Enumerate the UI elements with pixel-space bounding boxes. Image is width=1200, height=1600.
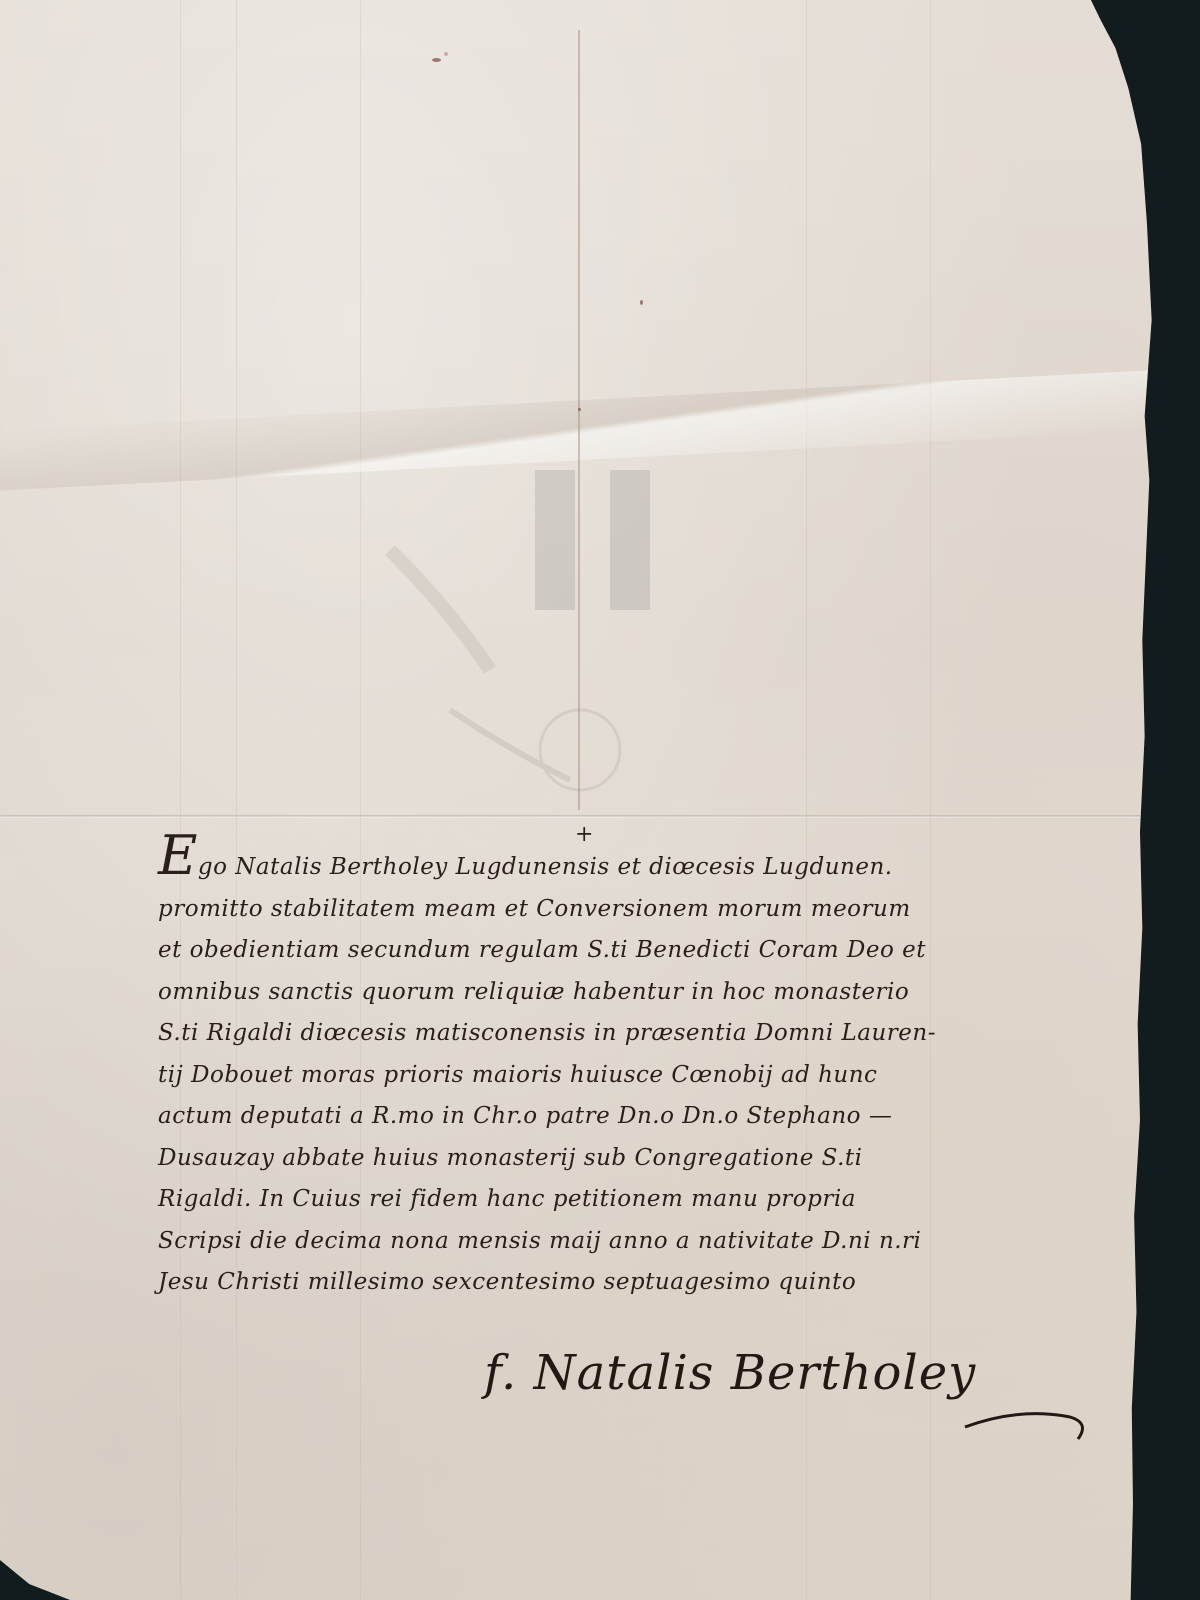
paper-sheet: + Ego Natalis Bertholey Lugdunensis et d… xyxy=(0,0,1168,1600)
text-line: Rigaldi. In Cuius rei fidem hanc petitio… xyxy=(158,1179,1158,1221)
ink-spot xyxy=(444,52,448,56)
signature-flourish-icon xyxy=(960,1405,1090,1445)
text-line: Ego Natalis Bertholey Lugdunensis et diœ… xyxy=(158,835,1158,889)
ink-spot xyxy=(640,300,643,305)
ink-spot xyxy=(578,408,581,411)
profession-text: Ego Natalis Bertholey Lugdunensis et diœ… xyxy=(158,835,1158,1304)
horizontal-fold-line xyxy=(0,815,1140,818)
ink-spot xyxy=(432,58,441,62)
text-line: omnibus sanctis quorum reliquiæ habentur… xyxy=(158,972,1158,1014)
text-line: promitto stabilitatem meam et Conversion… xyxy=(158,889,1158,931)
text-line: S.ti Rigaldi diœcesis matisconensis in p… xyxy=(158,1013,1158,1055)
text-line: tij Dobouet moras prioris maioris huiusc… xyxy=(158,1055,1158,1097)
text-line: et obedientiam secundum regulam S.ti Ben… xyxy=(158,930,1158,972)
text-line: actum deputati a R.mo in Chr.o patre Dn.… xyxy=(158,1096,1158,1138)
paper-chain-line xyxy=(236,0,237,1600)
watermark-icon xyxy=(330,450,730,800)
paper-chain-line xyxy=(360,0,361,1600)
text-line: Dusauzay abbate huius monasterij sub Con… xyxy=(158,1138,1158,1180)
paper-chain-line xyxy=(180,0,181,1600)
text-line: Jesu Christi millesimo sexcentesimo sept… xyxy=(158,1262,1158,1304)
signature: f. Natalis Bertholey xyxy=(484,1345,976,1401)
document-photo: + Ego Natalis Bertholey Lugdunensis et d… xyxy=(0,0,1200,1600)
text-line: Scripsi die decima nona mensis maij anno… xyxy=(158,1221,1158,1263)
